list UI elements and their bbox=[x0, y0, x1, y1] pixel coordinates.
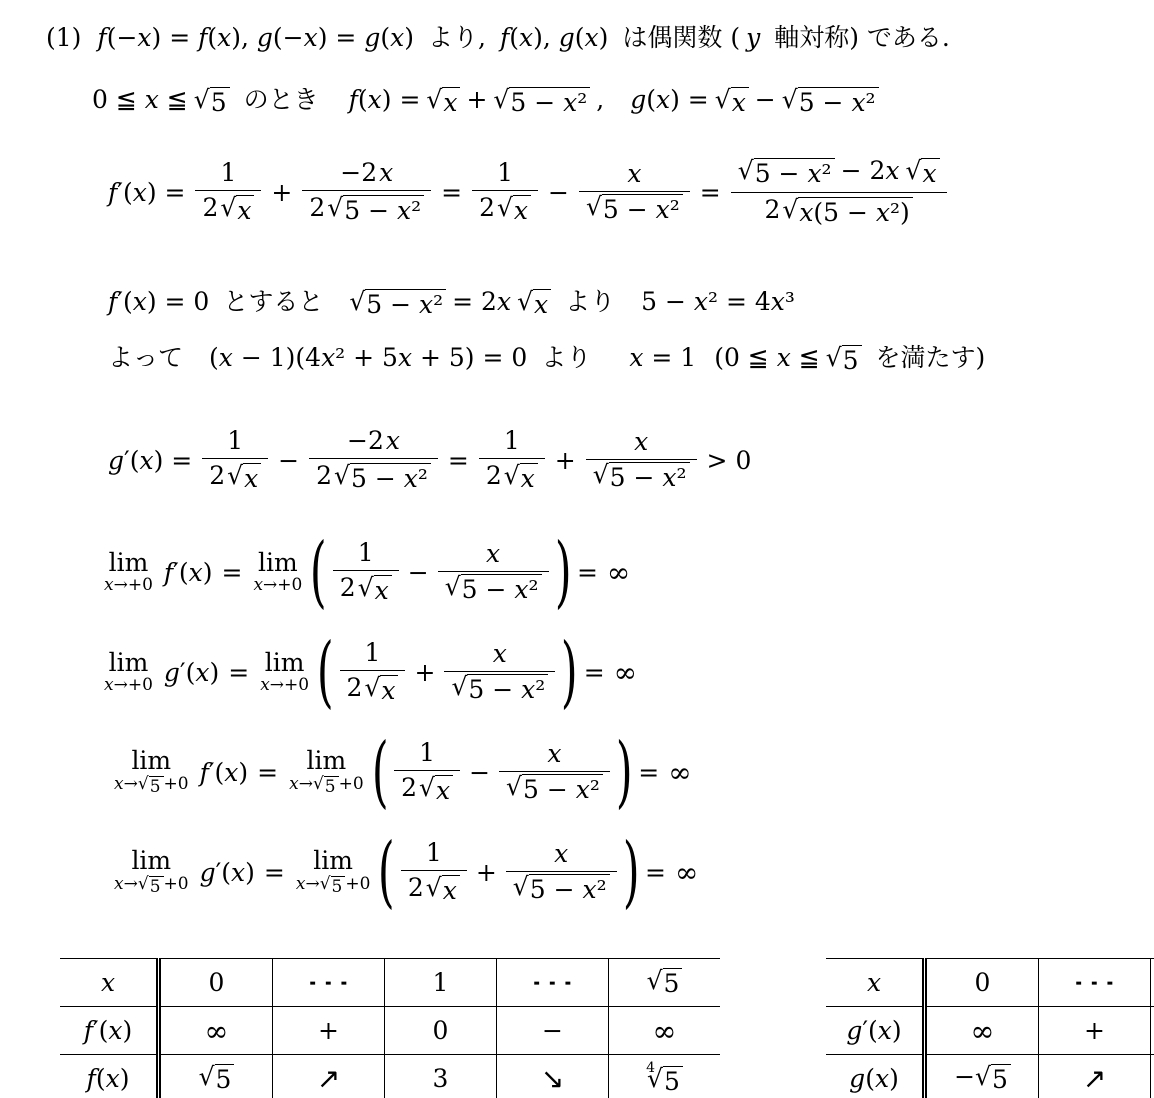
cell-value: 3 bbox=[433, 1064, 449, 1093]
coefficient: 2 bbox=[209, 461, 225, 490]
sqrt-5: √5 bbox=[194, 87, 230, 118]
radical-icon: √ bbox=[199, 1064, 215, 1090]
denominator: 2√5 − x² bbox=[309, 459, 438, 497]
denominator: 2√x bbox=[333, 571, 399, 609]
numerator: 1 bbox=[490, 156, 520, 190]
radical-icon: √ bbox=[320, 876, 331, 894]
radicand: 5 bbox=[663, 968, 683, 999]
denominator: 2√x bbox=[195, 191, 261, 229]
fraction-1-over-2sqrtx: 12√x bbox=[479, 424, 545, 497]
minus-operator: − bbox=[278, 446, 299, 475]
infinity-symbol: ∞ bbox=[652, 1014, 676, 1048]
sqrt-5: √5 bbox=[138, 776, 164, 797]
limit-subscript-x-to-plus0: x→+0 bbox=[253, 576, 302, 595]
radicand: x bbox=[513, 195, 531, 226]
limit-operator: limx→√5+0 bbox=[114, 747, 189, 797]
function-label: f′(x) bbox=[200, 758, 249, 787]
ja-even-function: は偶関数 ( bbox=[622, 18, 740, 54]
radicand: x bbox=[442, 87, 460, 118]
numerator: x bbox=[627, 425, 655, 459]
coefficient: 2 bbox=[479, 193, 495, 222]
radical-icon: √ bbox=[426, 87, 442, 113]
radicand: 5 − x² bbox=[798, 87, 879, 118]
radical-icon: √ bbox=[419, 775, 435, 801]
sqrt-x: √x bbox=[517, 289, 551, 320]
sqrt-x-times-5-minus-x2: √x(5 − x²) bbox=[782, 197, 912, 228]
infinity-symbol: ∞ bbox=[204, 1014, 228, 1048]
function-label: f′(x) bbox=[164, 558, 213, 587]
radical-icon: √ bbox=[504, 463, 520, 489]
header-g: g(x) bbox=[849, 1064, 899, 1093]
minus-operator: − bbox=[755, 85, 776, 114]
fraction-1-over-2sqrtx: 12√x bbox=[401, 836, 467, 909]
x-to: x→ bbox=[114, 875, 138, 894]
denominator: √5 − x² bbox=[444, 672, 555, 708]
cell-value: 0 bbox=[433, 1016, 449, 1045]
x-equals-1: x = 1 bbox=[629, 343, 696, 372]
radical-icon: √ bbox=[364, 675, 380, 701]
ja-yori: より bbox=[541, 338, 591, 374]
right-paren: ) bbox=[622, 841, 639, 903]
radicand: x bbox=[236, 195, 254, 226]
sqrt-5-minus-x2: √5 − x² bbox=[327, 195, 424, 226]
header-x: x bbox=[101, 968, 115, 997]
numerator: −2x bbox=[333, 156, 400, 190]
limit-subscript-x-to-plus0: x→+0 bbox=[260, 676, 309, 695]
sqrt-5-minus-x2: √5 − x² bbox=[445, 574, 542, 605]
sqrt-5-minus-x2: √5 − x² bbox=[493, 87, 590, 118]
equals-sign: = bbox=[645, 858, 666, 887]
table-row-x: x 0 ⋯ 1 ⋯ √5 bbox=[60, 959, 720, 1007]
infinity-symbol: ∞ bbox=[668, 756, 691, 789]
numerator: 1 bbox=[497, 424, 527, 458]
g-definition-lhs: g(x) = bbox=[630, 85, 709, 114]
denominator: 2√x bbox=[479, 459, 545, 497]
limit-subscript-x-to-sqrt5-plus0: x→√5+0 bbox=[296, 875, 371, 897]
f-definition-lhs: f(x) = bbox=[349, 85, 421, 114]
radicand: 5 bbox=[215, 1064, 235, 1095]
radical-icon: √ bbox=[451, 674, 467, 700]
numerator: −2x bbox=[340, 424, 407, 458]
plus-zero: +0 bbox=[345, 875, 370, 894]
radical-icon: √ bbox=[227, 463, 243, 489]
sign-minus: − bbox=[542, 1016, 563, 1045]
sqrt-5: √5 bbox=[199, 1064, 235, 1095]
sqrt-5: √5 bbox=[975, 1064, 1011, 1095]
fraction-x-over-sqrt: x√5 − x² bbox=[438, 537, 549, 608]
fraction-1-over-2sqrtx: 12√x bbox=[195, 156, 261, 229]
radicand: 5 bbox=[331, 876, 346, 897]
fraction-1-over-2sqrtx: 12√x bbox=[202, 424, 268, 497]
equals-sign: = bbox=[264, 858, 285, 887]
equals-sign: = bbox=[441, 178, 462, 207]
middle-term: − 2x bbox=[841, 156, 900, 185]
limit-line-gprime-at-plus0: limx→+0 g′(x) = limx→+0 ( 12√x + x√5 − x… bbox=[102, 622, 1154, 722]
radicand: 5 − x² bbox=[609, 462, 690, 493]
radical-icon: √ bbox=[782, 87, 798, 113]
sqrt-x: √x bbox=[364, 675, 398, 706]
domain-inequality: 0 ≦ x ≦ bbox=[92, 85, 188, 114]
limit-subscript-x-to-sqrt5-plus0: x→√5+0 bbox=[114, 775, 189, 797]
sign-plus: + bbox=[318, 1016, 339, 1045]
sqrt-5-minus-x2: √5 − x² bbox=[349, 289, 446, 320]
sqrt-x: √x bbox=[426, 87, 460, 118]
sqrt-x: √x bbox=[426, 875, 460, 906]
denominator: 2√x bbox=[202, 459, 268, 497]
lim-word: lim bbox=[109, 549, 149, 577]
sqrt-5-minus-x2: √5 − x² bbox=[451, 674, 548, 705]
denominator: √5 − x² bbox=[506, 872, 617, 908]
limit-operator: limx→√5+0 bbox=[114, 847, 189, 897]
numerator: 1 bbox=[213, 156, 243, 190]
radical-icon: √ bbox=[445, 574, 461, 600]
lim-word: lim bbox=[109, 649, 149, 677]
cell-value: 1 bbox=[433, 968, 449, 997]
ja-yori: より bbox=[565, 282, 615, 318]
infinity-symbol: ∞ bbox=[970, 1014, 994, 1048]
radical-icon: √ bbox=[220, 195, 236, 221]
limit-operator: limx→+0 bbox=[260, 649, 309, 695]
radical-icon: √ bbox=[497, 195, 513, 221]
greater-than-zero: > 0 bbox=[707, 446, 752, 475]
denominator: 2√5 − x² bbox=[302, 191, 431, 229]
coefficient: 2 bbox=[408, 873, 424, 902]
radicand: 5 bbox=[842, 345, 862, 376]
denominator: 2√x bbox=[472, 191, 538, 229]
radicand: x bbox=[435, 775, 453, 806]
limit-operator: limx→√5+0 bbox=[296, 847, 371, 897]
limit-subscript-x-to-sqrt5-plus0: x→√5+0 bbox=[114, 875, 189, 897]
radicand: x bbox=[533, 289, 551, 320]
numerator: 1 bbox=[419, 836, 449, 870]
fraction-x-over-sqrt: x√5 − x² bbox=[586, 425, 697, 496]
ja-wo-mitasu: を満たす) bbox=[876, 338, 986, 374]
plus-zero: +0 bbox=[339, 775, 364, 794]
fraction-minus2x-over-2sqrt: −2x2√5 − x² bbox=[309, 424, 438, 497]
radical-icon: √ bbox=[593, 462, 609, 488]
line-fprime-zero-condition: f′(x) = 0 とすると √5 − x² = 2x √x より 5 − x²… bbox=[108, 282, 1154, 320]
radical-icon: √ bbox=[426, 875, 442, 901]
limit-operator: limx→+0 bbox=[104, 549, 153, 595]
numerator: 1 bbox=[412, 736, 442, 770]
radical-icon: √ bbox=[334, 463, 350, 489]
radicand: x bbox=[374, 575, 392, 606]
sqrt-5-minus-x2: √5 − x² bbox=[513, 874, 610, 905]
x-to: x→ bbox=[296, 875, 320, 894]
plus-zero: +0 bbox=[164, 875, 189, 894]
right-paren: ) bbox=[554, 541, 571, 603]
fraction-1-over-2sqrtx: 12√x bbox=[333, 536, 399, 609]
sign-plus: + bbox=[1084, 1016, 1105, 1045]
cubic-equation: 5 − x² = 4x³ bbox=[641, 287, 795, 316]
radicand: x(5 − x²) bbox=[798, 197, 913, 228]
cell-value: 0 bbox=[975, 968, 991, 997]
ja-yotte: よって bbox=[108, 338, 183, 374]
ja-no-toki: のとき bbox=[244, 80, 319, 116]
plus-operator: + bbox=[466, 85, 487, 114]
fraction-combined: √5 − x²− 2x√x2√x(5 − x²) bbox=[731, 154, 947, 231]
coefficient: 2 bbox=[309, 193, 325, 222]
radical-icon: √ bbox=[327, 195, 343, 221]
radical-icon: √ bbox=[513, 874, 529, 900]
function-pair: f(x), g(x) bbox=[500, 23, 608, 52]
even-function-equations: f(−x) = f(x), g(−x) = g(x) bbox=[97, 23, 414, 52]
lim-word: lim bbox=[307, 747, 347, 775]
radical-icon: √ bbox=[349, 289, 365, 315]
denominator: 2√x bbox=[340, 671, 406, 709]
radicand: 5 bbox=[149, 776, 164, 797]
fraction-x-over-sqrt: x√5 − x² bbox=[579, 157, 690, 228]
radical-icon: √ bbox=[586, 194, 602, 220]
fraction-1-over-2sqrtx: 12√x bbox=[394, 736, 460, 809]
limit-subscript-x-to-sqrt5-plus0: x→√5+0 bbox=[289, 775, 364, 797]
left-paren: ( bbox=[310, 541, 327, 603]
operator: + bbox=[476, 858, 497, 887]
radicand: x bbox=[442, 875, 460, 906]
sqrt-5: √5 bbox=[138, 876, 164, 897]
limit-line-fprime-at-sqrt5: limx→√5+0 f′(x) = limx→√5+0 ( 12√x − x√5… bbox=[112, 722, 1154, 822]
radicand: 5 − x² bbox=[461, 574, 542, 605]
radical-icon: √ bbox=[647, 968, 663, 994]
plus-operator: + bbox=[271, 178, 292, 207]
table-f-variation: x 0 ⋯ 1 ⋯ √5 f′(x) ∞ + 0 − ∞ f(x) √5 ↗ 3… bbox=[60, 958, 720, 1098]
numerator: x bbox=[620, 157, 648, 191]
radical-icon: √ bbox=[506, 774, 522, 800]
plus-zero: +0 bbox=[164, 775, 189, 794]
limit-operator: limx→+0 bbox=[253, 549, 302, 595]
radicand: 5 − x² bbox=[522, 774, 603, 805]
fraction-1-over-2sqrtx: 12√x bbox=[472, 156, 538, 229]
radicand: 5 − x² bbox=[365, 289, 446, 320]
numerator: x bbox=[486, 637, 514, 671]
equals-sign: = bbox=[257, 758, 278, 787]
item-number: (1) bbox=[46, 23, 81, 52]
radicand: 5 − x² bbox=[754, 158, 835, 189]
equals-sign: = bbox=[577, 558, 598, 587]
sqrt-5-minus-x2: √5 − x² bbox=[506, 774, 603, 805]
radicand: 5 − x² bbox=[350, 463, 431, 494]
sqrt-5-minus-x2: √5 − x² bbox=[593, 462, 690, 493]
fraction-x-over-sqrt: x√5 − x² bbox=[499, 737, 610, 808]
radicand: 5 − x² bbox=[529, 874, 610, 905]
right-paren: ) bbox=[616, 741, 633, 803]
g-prime-lhs: g′(x) = bbox=[108, 446, 192, 475]
operator: − bbox=[408, 558, 429, 587]
left-paren: ( bbox=[372, 741, 389, 803]
numerator: x bbox=[540, 737, 568, 771]
radical-icon: √ bbox=[826, 345, 842, 371]
header-g-prime: g′(x) bbox=[846, 1016, 901, 1045]
numerator: √5 − x²− 2x√x bbox=[731, 154, 947, 192]
line-factorization: よって (x − 1)(4x² + 5x + 5) = 0 より x = 1 (… bbox=[108, 338, 1154, 376]
denominator: √5 − x² bbox=[579, 192, 690, 228]
right-paren: ) bbox=[561, 641, 578, 703]
minus-operator: − bbox=[548, 178, 569, 207]
radical-icon: √ bbox=[517, 289, 533, 315]
math-solution-page: (1) f(−x) = f(x), g(−x) = g(x) より, f(x),… bbox=[0, 0, 1154, 1098]
radicand: x bbox=[520, 463, 538, 494]
sqrt-x: √x bbox=[227, 463, 261, 494]
table-g-variation: x 0 ⋯ √5 g′(x) ∞ + ∞ g(x) −√5 ↗ 4√5 bbox=[826, 958, 1154, 1098]
radical-icon: √ bbox=[194, 87, 210, 113]
domain-check-open: (0 ≦ x ≦ bbox=[714, 343, 820, 372]
lim-word: lim bbox=[131, 847, 171, 875]
equals-sign: = bbox=[638, 758, 659, 787]
radical-icon: √ bbox=[782, 197, 798, 223]
y-symbol: y bbox=[746, 23, 760, 52]
minus-sign: − bbox=[954, 1062, 975, 1091]
sqrt-x: √x bbox=[419, 775, 453, 806]
function-label: g′(x) bbox=[200, 858, 255, 887]
sqrt-5-minus-x2: √5 − x² bbox=[586, 194, 683, 225]
sqrt-5: √5 bbox=[320, 876, 346, 897]
denominator: √5 − x² bbox=[586, 460, 697, 496]
numerator: x bbox=[547, 837, 575, 871]
limit-subscript-x-to-plus0: x→+0 bbox=[104, 676, 153, 695]
radicand: 5 − x² bbox=[343, 195, 424, 226]
fraction-x-over-sqrt: x√5 − x² bbox=[506, 837, 617, 908]
header-f: f(x) bbox=[87, 1064, 130, 1093]
table-row-f: f(x) √5 ↗ 3 ↘ 4√5 bbox=[60, 1055, 720, 1098]
limit-subscript-x-to-plus0: x→+0 bbox=[104, 576, 153, 595]
operator: − bbox=[469, 758, 490, 787]
radicand: 5 − x² bbox=[467, 674, 548, 705]
limit-line-gprime-at-sqrt5: limx→√5+0 g′(x) = limx→√5+0 ( 12√x + x√5… bbox=[112, 822, 1154, 922]
limit-operator: limx→+0 bbox=[104, 649, 153, 695]
radical-icon: √ bbox=[975, 1064, 991, 1090]
fprime-equals-zero: f′(x) = 0 bbox=[108, 287, 209, 316]
infinity-symbol: ∞ bbox=[675, 856, 698, 889]
left-paren: ( bbox=[317, 641, 334, 703]
limit-line-fprime-at-plus0: limx→+0 f′(x) = limx→+0 ( 12√x − x√5 − x… bbox=[102, 522, 1154, 622]
radicand: 5 − x² bbox=[509, 87, 590, 118]
sqrt-5-minus-x2: √5 − x² bbox=[334, 463, 431, 494]
cdots: ⋯ bbox=[529, 968, 577, 997]
numerator: x bbox=[479, 537, 507, 571]
cell-value: 0 bbox=[209, 968, 225, 997]
radicand: x bbox=[380, 675, 398, 706]
lim-word: lim bbox=[313, 847, 353, 875]
coefficient: 2 bbox=[401, 773, 417, 802]
line-even-function-statement: (1) f(−x) = f(x), g(−x) = g(x) より, f(x),… bbox=[46, 18, 1154, 54]
x-to: x→ bbox=[289, 775, 313, 794]
equation-g-prime: g′(x) = 12√x − −2x2√5 − x² = 12√x + x√5 … bbox=[108, 412, 1154, 508]
fraction-x-over-sqrt: x√5 − x² bbox=[444, 637, 555, 708]
sqrt-x: √x bbox=[220, 195, 254, 226]
denominator: √5 − x² bbox=[499, 772, 610, 808]
operator: + bbox=[414, 658, 435, 687]
sqrt-x: √x bbox=[504, 463, 538, 494]
cdots: ⋯ bbox=[1071, 968, 1119, 997]
coefficient: 2 bbox=[316, 461, 332, 490]
function-label: g′(x) bbox=[164, 658, 219, 687]
radical-icon: √ bbox=[493, 87, 509, 113]
denominator: √5 − x² bbox=[438, 572, 549, 608]
radicand: 5 bbox=[663, 1066, 683, 1097]
table-row-f-prime: f′(x) ∞ + 0 − ∞ bbox=[60, 1007, 720, 1055]
numerator: 1 bbox=[351, 536, 381, 570]
sqrt-x: √x bbox=[715, 87, 749, 118]
header-x: x bbox=[867, 968, 881, 997]
fraction-1-over-2sqrtx: 12√x bbox=[340, 636, 406, 709]
equals-sign: = bbox=[221, 558, 242, 587]
coefficient: 2 bbox=[340, 573, 356, 602]
lim-word: lim bbox=[131, 747, 171, 775]
lim-word: lim bbox=[258, 549, 298, 577]
sqrt-x: √x bbox=[358, 575, 392, 606]
radicand: x bbox=[731, 87, 749, 118]
sqrt-5: √5 bbox=[647, 968, 683, 999]
sqrt-x: √x bbox=[497, 195, 531, 226]
equals-sign: = bbox=[584, 658, 605, 687]
lim-word: lim bbox=[265, 649, 305, 677]
limit-operator: limx→√5+0 bbox=[289, 747, 364, 797]
radical-icon: √ bbox=[313, 776, 324, 794]
coefficient: 2 bbox=[202, 193, 218, 222]
sqrt-5: √5 bbox=[313, 776, 339, 797]
sqrt-x: √x bbox=[906, 158, 940, 189]
numerator: 1 bbox=[220, 424, 250, 458]
radicand: x bbox=[921, 158, 939, 189]
plus-operator: + bbox=[555, 446, 576, 475]
equals-2x: = 2x bbox=[452, 287, 511, 316]
increase-arrow-icon: ↗ bbox=[317, 1062, 340, 1095]
header-f-prime: f′(x) bbox=[84, 1016, 133, 1045]
f-prime-lhs: f′(x) = bbox=[108, 178, 185, 207]
ja-yori: より, bbox=[428, 18, 486, 54]
table-row-g: g(x) −√5 ↗ 4√5 bbox=[826, 1055, 1154, 1098]
cdots: ⋯ bbox=[305, 968, 353, 997]
infinity-symbol: ∞ bbox=[614, 656, 637, 689]
radical-icon: √ bbox=[138, 776, 149, 794]
x-to: x→ bbox=[114, 775, 138, 794]
radicand: 5 − x² bbox=[602, 194, 683, 225]
decrease-arrow-icon: ↘ bbox=[541, 1062, 564, 1095]
comma: , bbox=[596, 85, 604, 114]
coefficient: 2 bbox=[347, 673, 363, 702]
radical-icon: √ bbox=[358, 575, 374, 601]
line-domain-and-definitions: 0 ≦ x ≦ √5 のとき f(x) = √x + √5 − x² , g(x… bbox=[92, 80, 1154, 118]
ja-axis-symmetric: 軸対称) である. bbox=[774, 18, 950, 54]
denominator: 2√x bbox=[401, 871, 467, 909]
coefficient: 2 bbox=[486, 461, 502, 490]
sqrt-5-minus-x2: √5 − x² bbox=[782, 87, 879, 118]
coefficient: 2 bbox=[764, 195, 780, 224]
factored-equation: (x − 1)(4x² + 5x + 5) = 0 bbox=[209, 343, 527, 372]
sqrt-5-minus-x2: √5 − x² bbox=[738, 158, 835, 189]
fraction-minus2x-over-2sqrt: −2x2√5 − x² bbox=[302, 156, 431, 229]
radicand: 5 bbox=[991, 1064, 1011, 1095]
table-row-x: x 0 ⋯ √5 bbox=[826, 959, 1154, 1007]
radicand: 5 bbox=[324, 776, 339, 797]
radicand: 5 bbox=[210, 87, 230, 118]
radical-icon: √ bbox=[906, 158, 922, 184]
numerator: 1 bbox=[358, 636, 388, 670]
radicand: x bbox=[243, 463, 261, 494]
variation-tables: x 0 ⋯ 1 ⋯ √5 f′(x) ∞ + 0 − ∞ f(x) √5 ↗ 3… bbox=[60, 958, 1154, 1098]
radicand: 5 bbox=[149, 876, 164, 897]
increase-arrow-icon: ↗ bbox=[1083, 1062, 1106, 1095]
infinity-symbol: ∞ bbox=[607, 556, 630, 589]
denominator: 2√x bbox=[394, 771, 460, 809]
left-paren: ( bbox=[378, 841, 395, 903]
table-row-g-prime: g′(x) ∞ + ∞ bbox=[826, 1007, 1154, 1055]
equals-sign: = bbox=[700, 178, 721, 207]
equation-f-prime: f′(x) = 12√x + −2x2√5 − x² = 12√x − x√5 … bbox=[108, 142, 1154, 242]
sqrt-5: √5 bbox=[826, 345, 862, 376]
equals-sign: = bbox=[228, 658, 249, 687]
radical-icon: √ bbox=[138, 876, 149, 894]
